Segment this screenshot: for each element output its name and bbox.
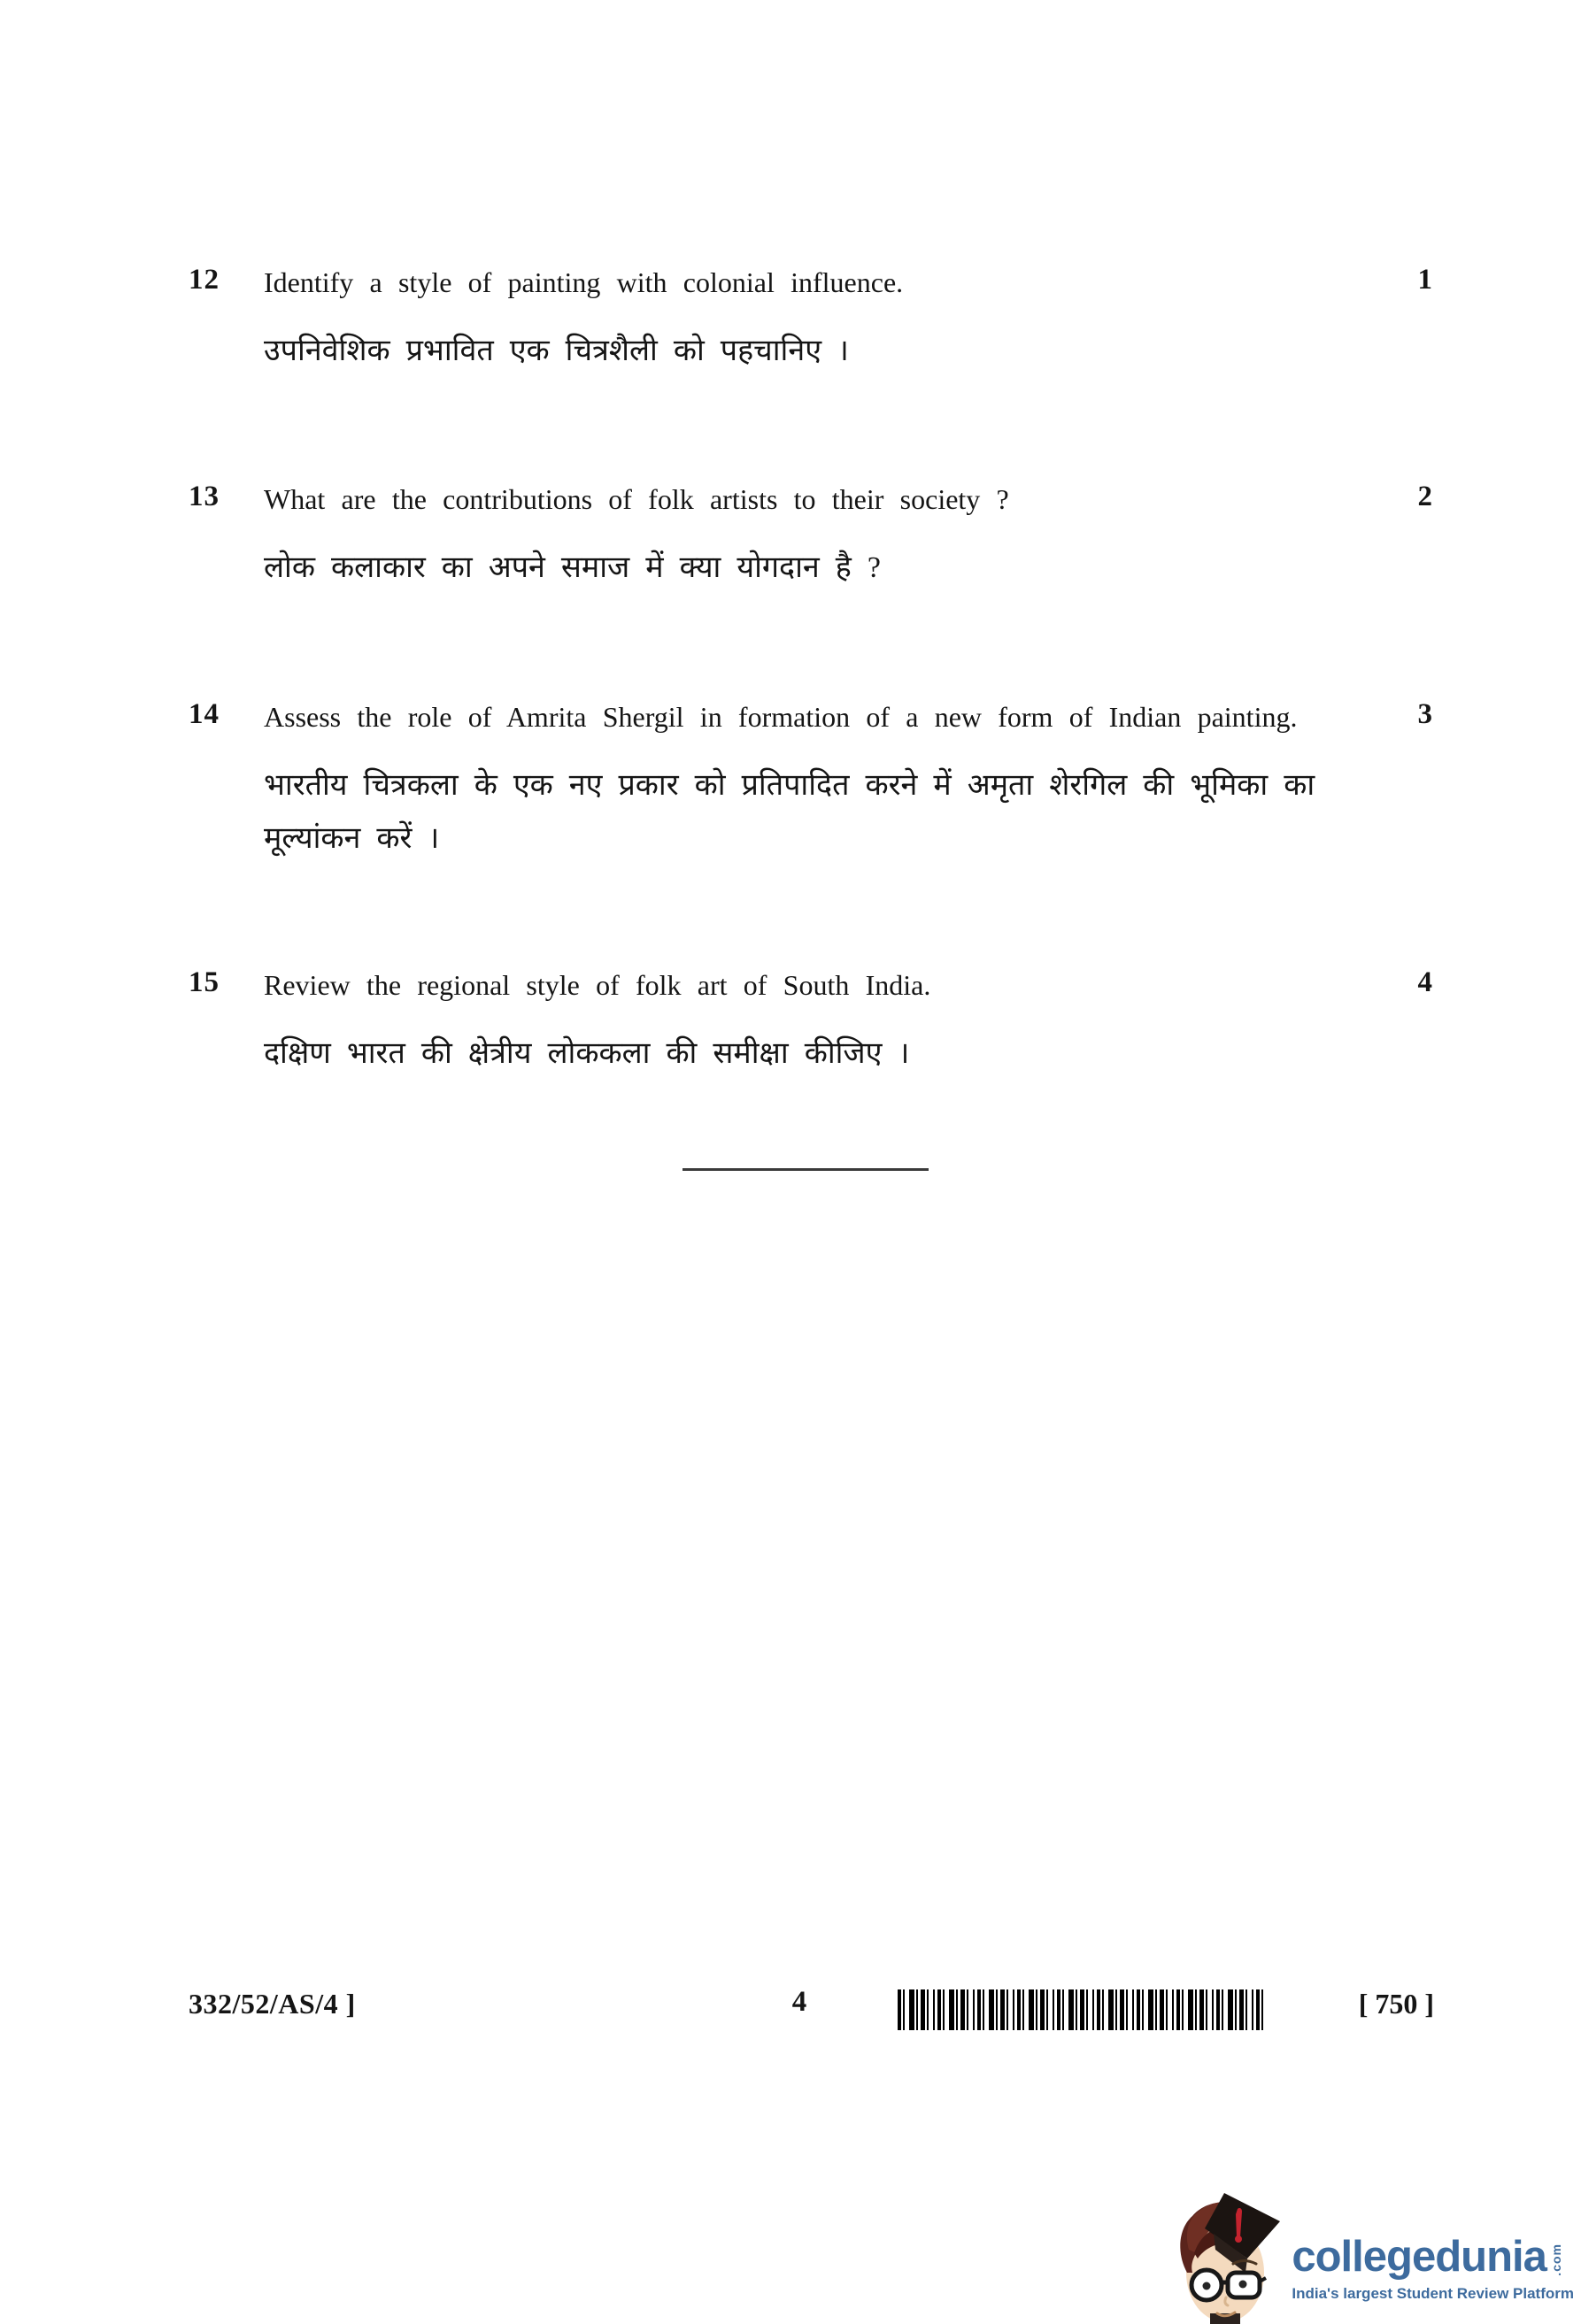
question-number: 14: [189, 698, 264, 731]
question-block-15: 15 Review the regional style of folk art…: [189, 966, 1432, 1081]
logo-text: collegedunia .com India's largest Studen…: [1292, 2236, 1574, 2324]
question-marks: 2: [1386, 481, 1432, 513]
question-paper-page: 12 Identify a style of painting with col…: [0, 0, 1581, 2324]
question-number: 12: [189, 264, 264, 296]
question-row: 13 What are the contributions of folk ar…: [189, 481, 1432, 519]
question-text-hindi: दक्षिण भारत की क्षेत्रीय लोककला की समीक्…: [264, 1027, 1365, 1081]
end-of-paper-rule: [683, 1168, 929, 1171]
brand-name: collegedunia: [1292, 2236, 1546, 2278]
student-mascot-icon: [1175, 2191, 1283, 2324]
paper-code: 332/52/AS/4 ]: [189, 1988, 356, 2020]
question-number: 13: [189, 481, 264, 513]
question-row: 15 Review the regional style of folk art…: [189, 966, 1432, 1004]
question-marks: 3: [1386, 698, 1432, 731]
brand-tld: .com: [1549, 2243, 1563, 2276]
question-number: 15: [189, 966, 264, 999]
question-text-hindi: भारतीय चित्रकला के एक नए प्रकार को प्रति…: [264, 759, 1365, 866]
brand-tagline: India's largest Student Review Platform: [1292, 2285, 1574, 2303]
question-text-english: Review the regional style of folk art of…: [264, 966, 1386, 1004]
question-text-hindi: उपनिवेशिक प्रभावित एक चित्रशैली को पहचान…: [264, 325, 1365, 378]
question-text-english: Identify a style of painting with coloni…: [264, 264, 1386, 302]
question-row: 12 Identify a style of painting with col…: [189, 264, 1432, 302]
question-marks: 4: [1386, 966, 1432, 999]
question-row: 14 Assess the role of Amrita Shergil in …: [189, 698, 1432, 736]
page-number: 4: [773, 1986, 826, 2019]
question-text-english: Assess the role of Amrita Shergil in for…: [264, 698, 1386, 736]
collegedunia-logo: collegedunia .com India's largest Studen…: [1175, 2191, 1574, 2324]
question-text-english: What are the contributions of folk artis…: [264, 481, 1386, 519]
question-block-12: 12 Identify a style of painting with col…: [189, 264, 1432, 378]
print-run-count: [ 750 ]: [1328, 1988, 1434, 2020]
question-marks: 1: [1386, 264, 1432, 296]
question-block-13: 13 What are the contributions of folk ar…: [189, 481, 1432, 595]
question-text-hindi: लोक कलाकार का अपने समाज में क्या योगदान …: [264, 542, 1365, 595]
brand-row: collegedunia .com: [1292, 2236, 1574, 2278]
question-block-14: 14 Assess the role of Amrita Shergil in …: [189, 698, 1432, 866]
barcode: [898, 1989, 1268, 2030]
